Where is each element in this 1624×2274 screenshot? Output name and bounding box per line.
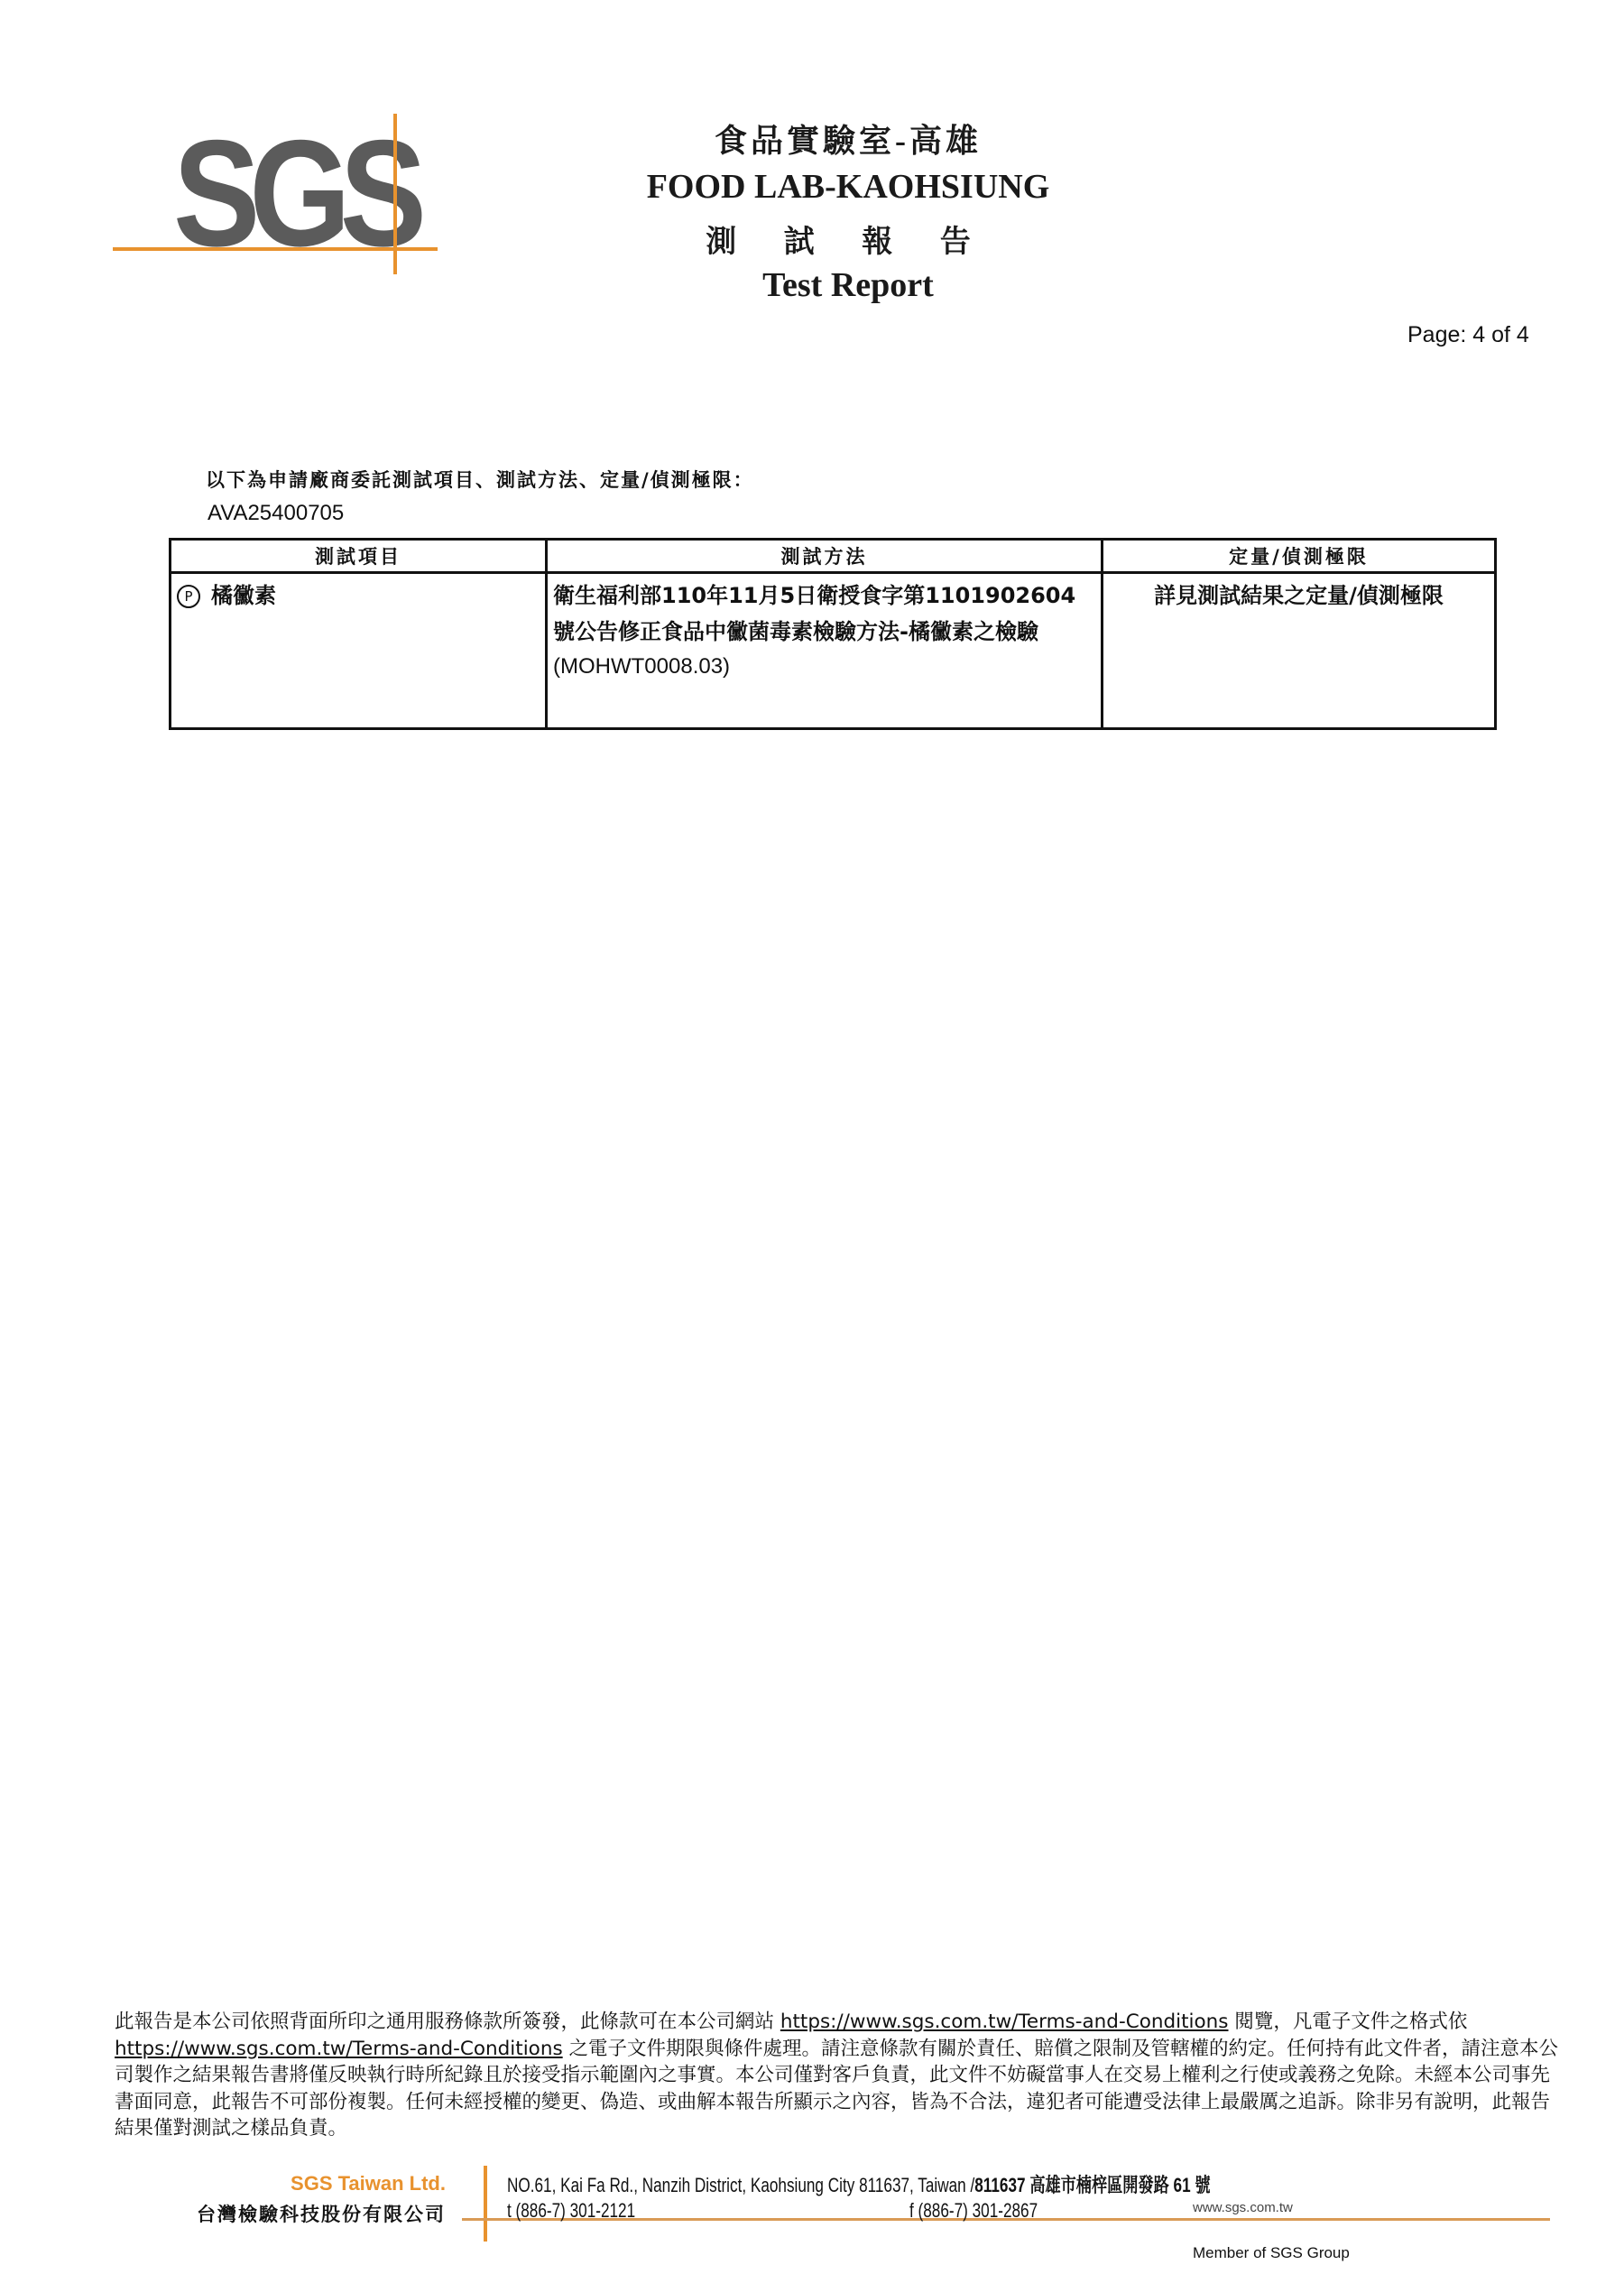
report-title-zh: 測 試 報 告 xyxy=(541,217,1155,261)
lab-name-zh: 食品實驗室-高雄 xyxy=(541,116,1155,162)
report-title-en: Test Report xyxy=(541,265,1155,305)
test-method-cell: 衛生福利部110年11月5日衛授食字第1101902604號公告修正食品中黴菌毒… xyxy=(547,573,1103,729)
company-fax: f (886-7) 301-2867 xyxy=(909,2199,1038,2223)
company-name-en: SGS Taiwan Ltd. xyxy=(180,2172,446,2195)
table-row: P橘黴素 衛生福利部110年11月5日衛授食字第1101902604號公告修正食… xyxy=(171,573,1496,729)
sgs-logo: SGS xyxy=(108,99,451,280)
test-method-text: 衛生福利部110年11月5日衛授食字第1101902604號公告修正食品中黴菌毒… xyxy=(553,578,1095,650)
disclaimer-text-1: 此報告是本公司依照背面所印之通用服務條款所簽發，此條款可在本公司網站 xyxy=(115,2011,780,2033)
company-telephone: t (886-7) 301-2121 xyxy=(507,2199,635,2223)
footer-disclaimer: 此報告是本公司依照背面所印之通用服務條款所簽發，此條款可在本公司網站 https… xyxy=(115,2009,1558,2142)
logo-vertical-rule xyxy=(393,114,397,274)
report-code: AVA25400705 xyxy=(208,501,344,526)
test-method-code: (MOHWT0008.03) xyxy=(553,650,1095,684)
company-website[interactable]: www.sgs.com.tw xyxy=(1193,2200,1293,2215)
address-zh: 811637 高雄市楠梓區開發路 61 號 xyxy=(974,2174,1210,2196)
company-address: NO.61, Kai Fa Rd., Nanzih District, Kaoh… xyxy=(507,2170,1211,2198)
lab-name-en: FOOD LAB-KAOHSIUNG xyxy=(541,167,1155,207)
test-item-name: 橘黴素 xyxy=(211,583,276,608)
intro-text: 以下為申請廠商委託測試項目、測試方法、定量/偵測極限： xyxy=(206,466,754,493)
address-en: NO.61, Kai Fa Rd., Nanzih District, Kaoh… xyxy=(507,2174,974,2196)
member-of-group: Member of SGS Group xyxy=(1193,2244,1350,2262)
table-header-row: 測試項目 測試方法 定量/偵測極限 xyxy=(171,540,1496,573)
header-test-method: 測試方法 xyxy=(547,540,1103,573)
page-number: Page: 4 of 4 xyxy=(1407,322,1529,348)
header-test-item: 測試項目 xyxy=(171,540,547,573)
logo-horizontal-rule xyxy=(113,247,438,251)
footer-vertical-rule xyxy=(484,2166,487,2242)
logo-text: SGS xyxy=(173,117,416,269)
company-name-zh: 台灣檢驗科技股份有限公司 xyxy=(180,2200,446,2227)
header-detection-limit: 定量/偵測極限 xyxy=(1103,540,1496,573)
disclaimer-text-2: 閱覽，凡電子文件之格式依 xyxy=(1229,2011,1468,2033)
test-item-cell: P橘黴素 xyxy=(171,573,547,729)
test-items-table: 測試項目 測試方法 定量/偵測極限 P橘黴素 衛生福利部110年11月5日衛授食… xyxy=(169,538,1497,730)
detection-limit-cell: 詳見測試結果之定量/偵測極限 xyxy=(1103,573,1496,729)
terms-link-1[interactable]: https://www.sgs.com.tw/Terms-and-Conditi… xyxy=(780,2011,1229,2033)
terms-link-2[interactable]: https://www.sgs.com.tw/Terms-and-Conditi… xyxy=(115,2038,563,2060)
p-circle-icon: P xyxy=(177,585,200,608)
